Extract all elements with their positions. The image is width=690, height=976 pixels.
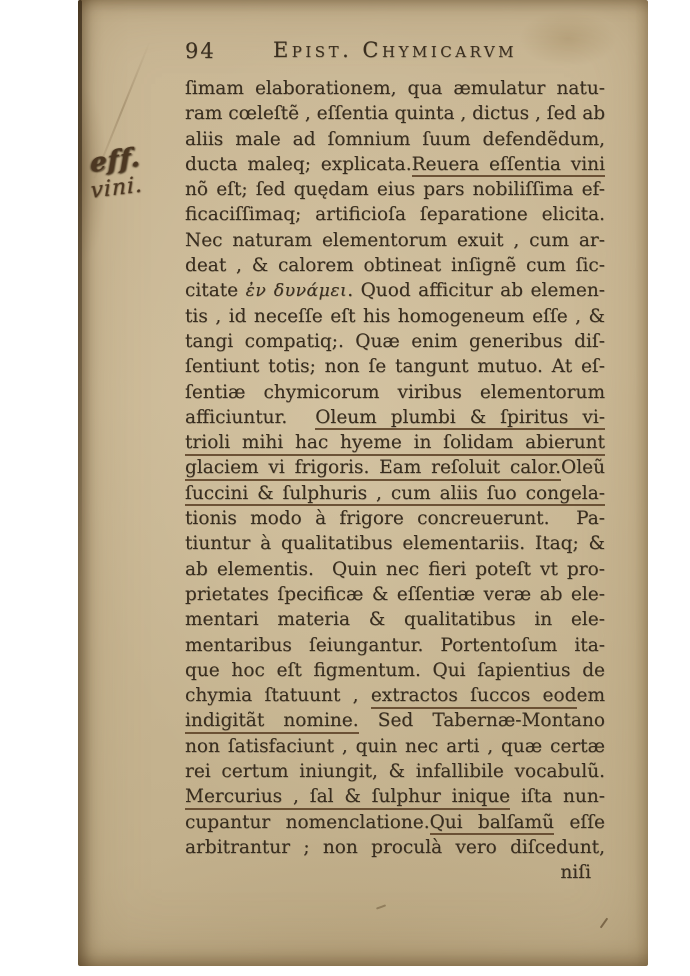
text-segment: que hoc eſt figmentum. Qui ſapientius de xyxy=(185,660,605,681)
text-segment: mentari materia & qualitatibus in ele- xyxy=(185,609,605,630)
text-line: indigitãt nomine. Sed Tabernæ-Montano xyxy=(185,708,605,733)
text-line: ab elementis. Quin nec fieri poteſt vt p… xyxy=(185,557,605,582)
underlined-text: Qui balſamũ xyxy=(430,812,554,836)
text-line: afficiuntur. Oleum plumbi & ſpiritus vi- xyxy=(185,405,605,430)
text-line: chymia ſtatuunt , extractos ſuccos eodem xyxy=(185,683,605,708)
underlined-text: Oleum plumbi & ſpiritus vi- xyxy=(315,407,605,431)
text-segment: ſimam elaborationem, qua æmulatur natu- xyxy=(185,78,605,99)
running-header: Epist. Chymicarvm xyxy=(185,38,605,62)
underlined-text: indigitãt nomine. xyxy=(185,710,359,734)
text-line: tionis modo à frigore concreuerunt. Pa- xyxy=(185,506,605,531)
text-line: Nec naturam elementorum exuit , cum ar- xyxy=(185,228,605,253)
text-line: trioli mihi hac hyeme in ſolidam abierun… xyxy=(185,430,605,455)
text-segment: cupantur nomenclatione. xyxy=(185,812,430,833)
text-line: cupantur nomenclatione.Qui balſamũ eſſe xyxy=(185,810,605,835)
margin-note-text: vini. xyxy=(90,172,143,204)
running-header-row: 94 Epist. Chymicarvm xyxy=(185,38,605,66)
text-segment: ficaciſſimaq; artificioſa ſeparatione el… xyxy=(185,204,605,225)
text-line: mentari materia & qualitatibus in ele- xyxy=(185,607,605,632)
text-line: tangi compatiq;. Quæ enim generibus diſ- xyxy=(185,329,605,354)
text-line: ſimam elaborationem, qua æmulatur natu- xyxy=(185,76,605,101)
text-segment: tis , id neceſſe eſt his homogeneum eſſe… xyxy=(185,306,605,327)
text-segment: eſſe xyxy=(554,812,605,833)
text-segment: tangi compatiq;. Quæ enim generibus diſ- xyxy=(185,331,605,352)
text-segment: ducta maleq; explicata. xyxy=(185,154,412,175)
text-line: ſuccini & ſulphuris , cum aliis ſuo cong… xyxy=(185,481,605,506)
text-segment: Nec naturam elementorum exuit , cum ar- xyxy=(185,230,605,251)
text-segment: mentaribus ſeiungantur. Portentoſum ita- xyxy=(185,635,605,656)
text-segment: ſentiunt totis; non ſe tangunt mutuo. At… xyxy=(185,356,605,377)
text-segment: em xyxy=(577,685,606,706)
pen-mark xyxy=(376,904,386,909)
text-line: citate ἐν δυνάμει. Quod afficitur ab ele… xyxy=(185,278,605,303)
text-line: rei certum iniungit, & infallibile vocab… xyxy=(185,759,605,784)
text-segment: . Quod afficitur ab elemen- xyxy=(347,280,605,301)
text-line: prietates ſpecificæ & eſſentiæ veræ ab e… xyxy=(185,582,605,607)
text-block: ſimam elaborationem, qua æmulatur natu-r… xyxy=(185,76,605,886)
text-line: ducta maleq; explicata.Reuera eſſentia v… xyxy=(185,152,605,177)
text-line: arbitrantur ; non proculà vero diſcedunt… xyxy=(185,835,605,860)
text-segment: citate xyxy=(185,280,246,301)
underlined-text: ſuccini & ſulphuris , cum aliis ſuo cong… xyxy=(185,483,605,507)
text-line: ſentiæ chymicorum viribus elementorum xyxy=(185,380,605,405)
greek-text: ἐν δυνάμει xyxy=(246,281,348,301)
underlined-text: trioli mihi hac hyeme in ſolidam abierun… xyxy=(185,432,605,456)
scanned-book-page: 94 Epist. Chymicarvm eff. vini. ſimam el… xyxy=(78,0,648,966)
text-segment: aliis male ad ſomnium ſuum defendẽdum, xyxy=(185,129,605,150)
text-segment: ſentiæ chymicorum viribus elementorum xyxy=(185,382,605,403)
text-segment: arbitrantur ; non proculà vero diſcedunt… xyxy=(185,837,605,858)
text-segment: deat , & calorem obtineat inſignẽ cum ſi… xyxy=(185,255,605,276)
text-segment: chymia ſtatuunt , xyxy=(185,685,371,706)
text-line: nõ eſt; ſed quędam eius pars nobiliſſima… xyxy=(185,177,605,202)
text-line: ſentiunt totis; non ſe tangunt mutuo. At… xyxy=(185,354,605,379)
text-segment: tionis modo à frigore concreuerunt. Pa- xyxy=(185,508,605,529)
text-segment: Oleũ xyxy=(561,457,605,478)
page-edge-shadow xyxy=(78,0,82,580)
text-segment: rei certum iniungit, & infallibile vocab… xyxy=(185,761,605,782)
text-segment: afficiuntur. xyxy=(185,407,315,428)
underlined-text: Mercurius , ſal & ſulphur inique xyxy=(185,786,510,810)
text-segment: non ſatisfaciunt , quin nec arti , quæ c… xyxy=(185,736,605,757)
text-segment: ram cœleſtẽ , eſſentia quinta , dictus ,… xyxy=(185,103,605,124)
text-line: ram cœleſtẽ , eſſentia quinta , dictus ,… xyxy=(185,101,605,126)
text-segment: iſta nun- xyxy=(510,786,605,807)
text-segment: nõ eſt; ſed quędam eius pars nobiliſſima… xyxy=(185,179,605,200)
text-line: non ſatisfaciunt , quin nec arti , quæ c… xyxy=(185,734,605,759)
catchword: niſi xyxy=(185,860,605,885)
text-line: Mercurius , ſal & ſulphur inique iſta nu… xyxy=(185,784,605,809)
text-line: ficaciſſimaq; artificioſa ſeparatione el… xyxy=(185,202,605,227)
handwritten-margin-note: eff. vini. xyxy=(90,135,200,204)
underlined-text: extractos ſuccos eod xyxy=(371,685,577,709)
underlined-text: Reuera eſſentia vini xyxy=(412,154,605,178)
text-line: que hoc eſt figmentum. Qui ſapientius de xyxy=(185,658,605,683)
text-segment: tiuntur à qualitatibus elementariis. Ita… xyxy=(185,533,605,554)
text-line: tiuntur à qualitatibus elementariis. Ita… xyxy=(185,531,605,556)
text-line: glaciem vi frigoris. Eam reſoluit calor.… xyxy=(185,455,605,480)
underlined-text: glaciem vi frigoris. Eam reſoluit calor. xyxy=(185,457,561,481)
text-segment: prietates ſpecificæ & eſſentiæ veræ ab e… xyxy=(185,584,605,605)
text-segment: Sed Tabernæ-Montano xyxy=(359,710,605,731)
text-line: deat , & calorem obtineat inſignẽ cum ſi… xyxy=(185,253,605,278)
text-line: mentaribus ſeiungantur. Portentoſum ita- xyxy=(185,633,605,658)
pen-mark xyxy=(600,918,609,929)
scan-background: 94 Epist. Chymicarvm eff. vini. ſimam el… xyxy=(0,0,690,976)
text-line: tis , id neceſſe eſt his homogeneum eſſe… xyxy=(185,304,605,329)
text-segment: ab elementis. Quin nec fieri poteſt vt p… xyxy=(185,559,605,580)
text-line: aliis male ad ſomnium ſuum defendẽdum, xyxy=(185,127,605,152)
